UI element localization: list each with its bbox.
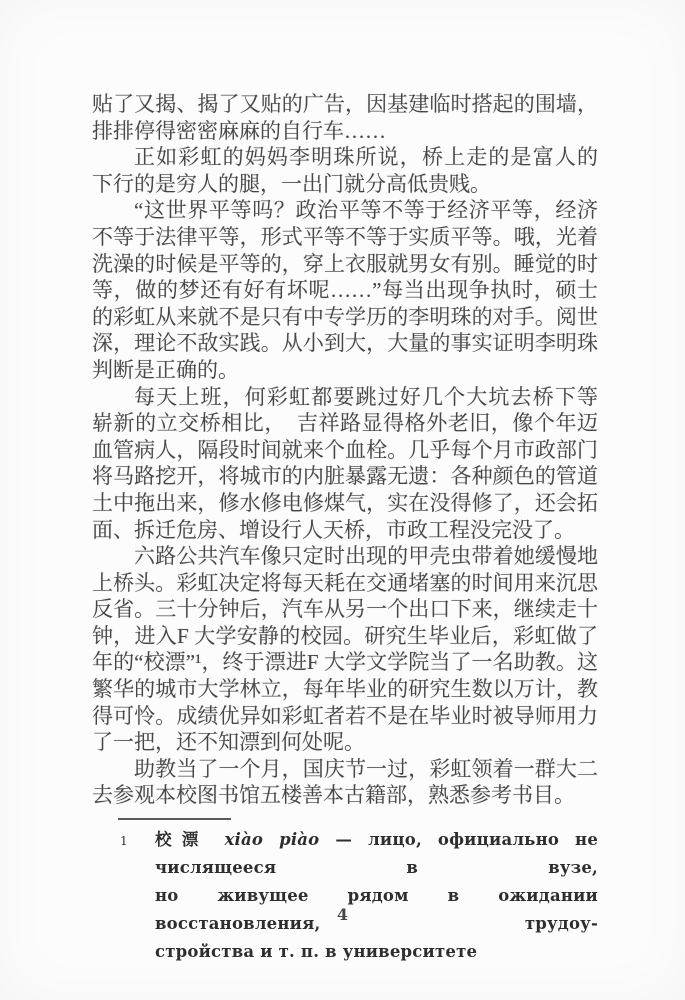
text-line: 去参观本校图书馆五楼善本古籍部，熟悉参考书目。 bbox=[92, 782, 598, 809]
text-line: 助教当了一个月，国庆节一过，彩虹领着一群大二学生 bbox=[92, 756, 598, 783]
text-line: 年的“校漂”¹，终于漂进F 大学文学院当了一名助教。这 bbox=[92, 649, 598, 676]
text-line: 洗澡的时候是平等的，穿上衣服就男女有别。睡觉的时候平 bbox=[92, 251, 598, 278]
text-line: 反省。三十分钟后，汽车从另一个出口下来，继续走十分 bbox=[92, 596, 598, 623]
text-line: 等，做的梦还有好有坏呢……”每当出现争执时，硕士学历 bbox=[92, 277, 598, 304]
text-line: 的彩虹从来就不是只有中专学历的李明珠的对手。阅世不 bbox=[92, 304, 598, 331]
footnote-term-pinyin: xiào piào bbox=[225, 830, 320, 849]
text-line: 繁华的城市大学林立，每年毕业的研究生数以万计，教职少 bbox=[92, 676, 598, 703]
text-line: 下行的是穷人的腿，一出门就分高低贵贱。 bbox=[92, 171, 598, 198]
text-line: 面、拆迁危房、增设行人天桥，市政工程没完没了。 bbox=[92, 517, 598, 544]
footnote-divider bbox=[118, 818, 231, 820]
text-line: 崭新的立交桥相比， 吉祥路显得格外老旧，像个年迈的心 bbox=[92, 410, 598, 437]
text-line: “这世界平等吗？政治平等不等于经济平等，经济平等 bbox=[92, 197, 598, 224]
text-line: 不等于法律平等，形式平等不等于实质平等。哦，光着身子 bbox=[92, 224, 598, 251]
text-line: 正如彩虹的妈妈李明珠所说，桥上走的是富人的车，桥 bbox=[92, 144, 598, 171]
footnote-term-cjk: 校漂 bbox=[155, 830, 209, 849]
text-line: 贴了又揭、揭了又贴的广告，因基建临时搭起的围墙，一 bbox=[92, 91, 598, 118]
text-line: 上桥头。彩虹决定将每天耗在交通堵塞的时间用来沉思和 bbox=[92, 570, 598, 597]
text-line: 将马路挖开，将城市的内脏暴露无遗：各种颜色的管道从泥 bbox=[92, 463, 598, 490]
text-line: 深，理论不敌实践。从小到大，大量的事实证明李明珠的 bbox=[92, 330, 598, 357]
footnote-marker: 1 bbox=[120, 827, 128, 855]
text-line: 判断是正确的。 bbox=[92, 357, 598, 384]
book-page: 贴了又揭、揭了又贴的广告，因基建临时搭起的围墙，一排排停得密密麻麻的自行车……正… bbox=[0, 0, 685, 1000]
footnote-body: 1 校漂 xiào piào — лицо, официально не чис… bbox=[92, 826, 598, 966]
text-line: 了一把，还不知漂到何处呢。 bbox=[92, 729, 598, 756]
footnote-line-1: 校漂 xiào piào — лицо, официально не числя… bbox=[155, 826, 598, 882]
footnote-line-3: стройства и т. п. в университете bbox=[155, 938, 598, 966]
text-line: 排排停得密密麻麻的自行车…… bbox=[92, 118, 598, 145]
text-line: 土中拖出来，修水修电修煤气，实在没得修了，还会拓宽路 bbox=[92, 490, 598, 517]
footnote-definition-start: — лицо, официально не числящееся в вузе, bbox=[155, 830, 598, 877]
text-line: 得可怜。成绩优异如彩虹者若不是在毕业时被导师用力地推 bbox=[92, 703, 598, 730]
text-line: 六路公共汽车像只定时出现的甲壳虫带着她缓慢地爬 bbox=[92, 543, 598, 570]
footnote: 1 校漂 xiào piào — лицо, официально не чис… bbox=[92, 818, 598, 966]
text-line: 每天上班，何彩虹都要跳过好几个大坑去桥下等车。和 bbox=[92, 384, 598, 411]
text-line: 钟，进入F 大学安静的校园。研究生毕业后，彩虹做了半 bbox=[92, 623, 598, 650]
page-number: 4 bbox=[0, 905, 685, 924]
text-line: 血管病人，隔段时间就来个血栓。几乎每个月市政部门都要 bbox=[92, 437, 598, 464]
page-text: 贴了又揭、揭了又贴的广告，因基建临时搭起的围墙，一排排停得密密麻麻的自行车……正… bbox=[92, 91, 598, 809]
